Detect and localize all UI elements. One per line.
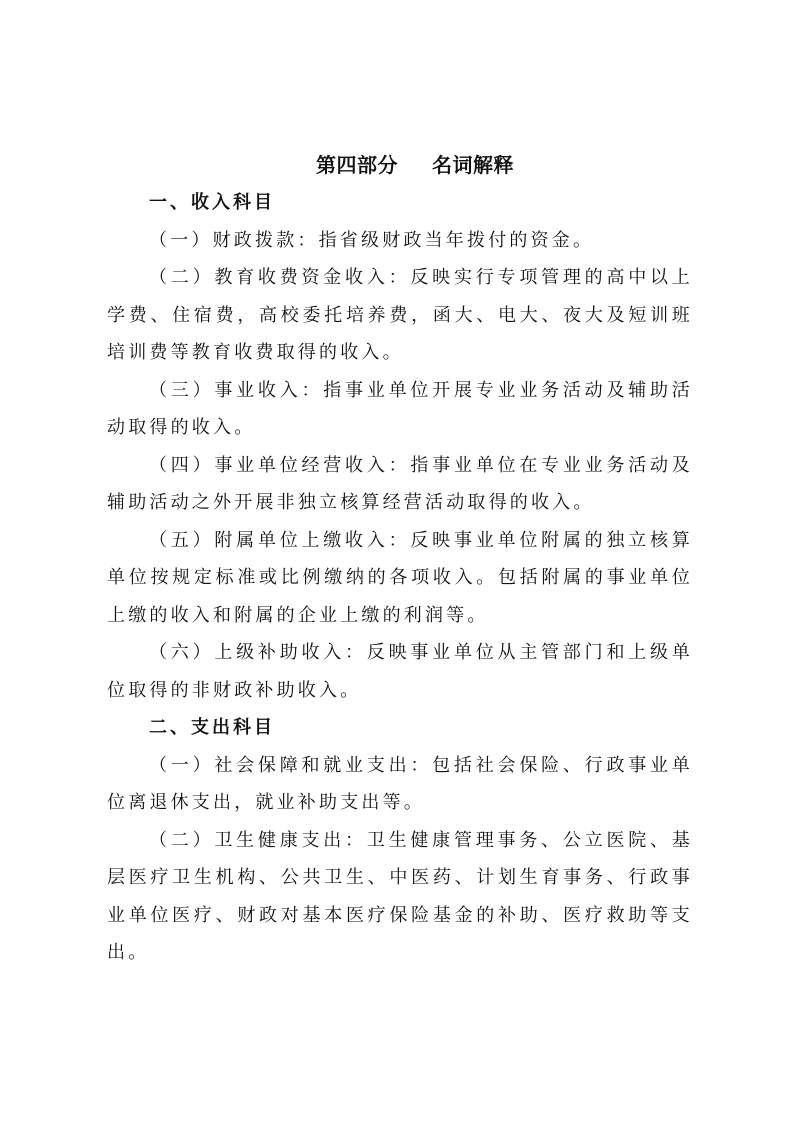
income-item-3: （三）事业收入：指事业单位开展专业业务活动及辅助活动取得的收入。: [107, 372, 693, 447]
expenditure-item-1: （一）社会保障和就业支出：包括社会保险、行政事业单位离退休支出，就业补助支出等。: [107, 747, 693, 822]
income-item-5: （五）附属单位上缴收入：反映事业单位附属的独立核算单位按规定标准或比例缴纳的各项…: [107, 522, 693, 635]
income-item-6: （六）上级补助收入：反映事业单位从主管部门和上级单位取得的非财政补助收入。: [107, 634, 693, 709]
income-item-1: （一）财政拨款：指省级财政当年拨付的资金。: [107, 222, 693, 260]
income-item-4: （四）事业单位经营收入：指事业单位在专业业务活动及辅助活动之外开展非独立核算经营…: [107, 447, 693, 522]
section-heading-income: 一、收入科目: [107, 184, 693, 222]
document-page: 第四部分名词解释 一、收入科目 （一）财政拨款：指省级财政当年拨付的资金。 （二…: [107, 146, 693, 972]
section-heading-expenditure: 二、支出科目: [107, 709, 693, 747]
title-part: 第四部分: [316, 153, 398, 177]
income-item-2: （二）教育收费资金收入：反映实行专项管理的高中以上学费、住宿费，高校委托培养费，…: [107, 259, 693, 372]
expenditure-item-2: （二）卫生健康支出：卫生健康管理事务、公立医院、基层医疗卫生机构、公共卫生、中医…: [107, 822, 693, 972]
page-title: 第四部分名词解释: [107, 146, 693, 184]
title-name: 名词解释: [432, 153, 514, 177]
